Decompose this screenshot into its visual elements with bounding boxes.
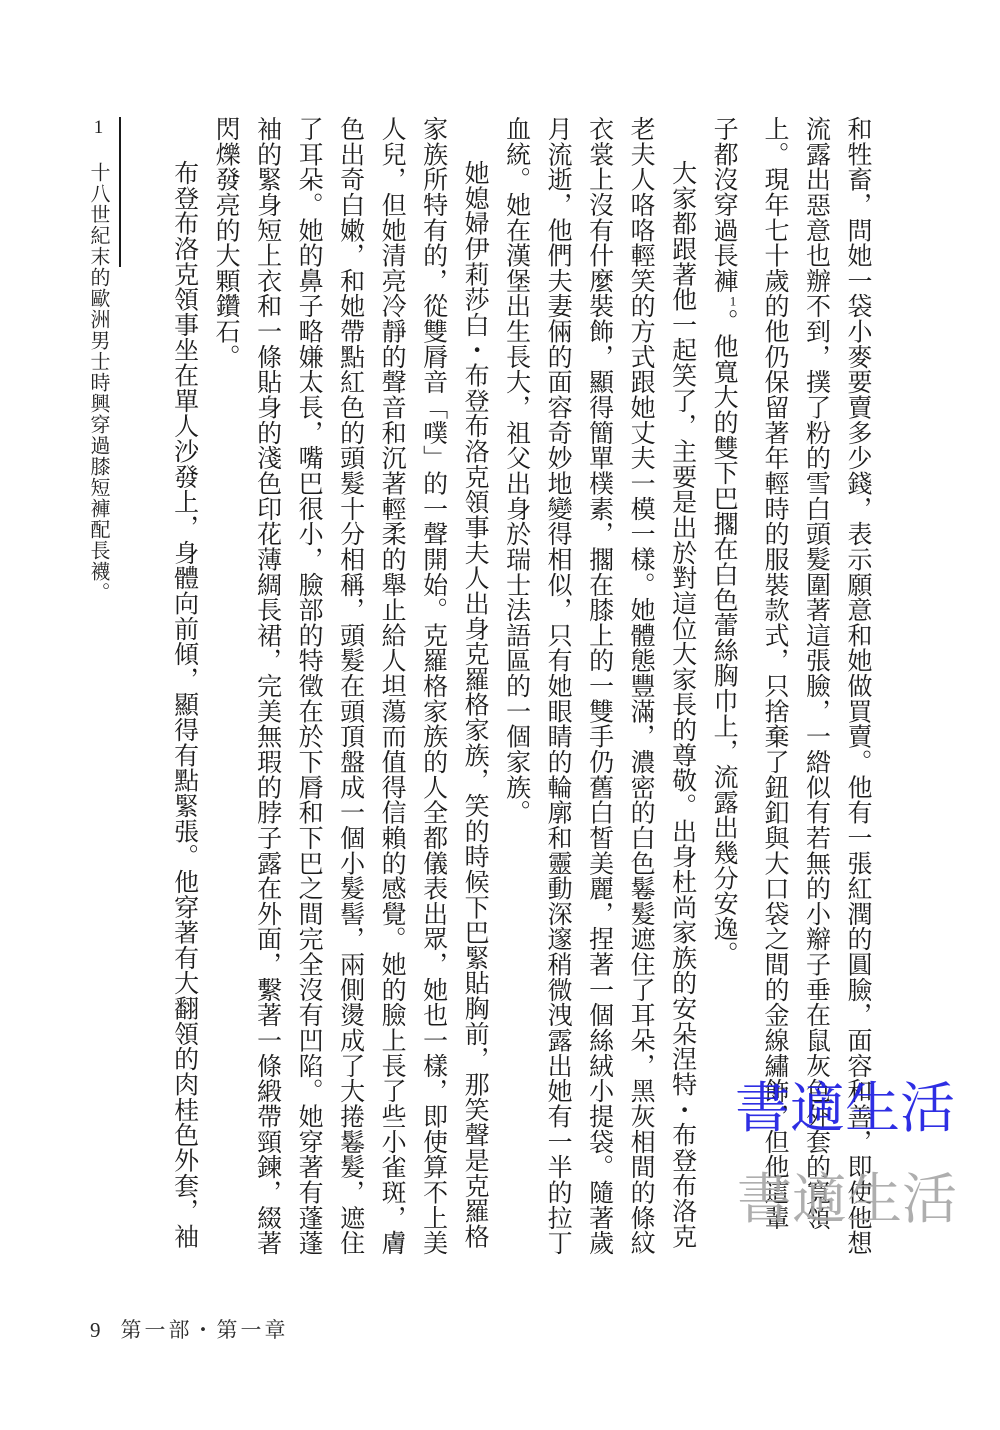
text-column: 老夫人咯咯輕笑的方式跟她丈夫一模一樣。她體態豐滿，濃密的白色鬈髮遮住了耳朵，黑灰…	[620, 116, 662, 1256]
text-segment: 。他寬大的雙下巴擱在白色蕾絲胸巾上，流露出幾分安逸。	[710, 308, 737, 966]
footnote-ref: 1	[726, 293, 741, 308]
page-footer: 9第一部・第一章	[90, 1314, 289, 1344]
text-column: 流露出惡意也辦不到，撲了粉的雪白頭髮圍著這張臉，一綹似有若無的小辮子垂在鼠灰色外…	[795, 116, 837, 1256]
page-number: 9	[90, 1318, 101, 1342]
text-column: 袖的緊身短上衣和一條貼身的淺色印花薄綢長裙，完美無瑕的脖子露在外面，繫著一條緞帶…	[246, 116, 288, 1256]
body-text: 和牲畜，問她一袋小麥要賣多少錢，表示願意和她做買賣。他有一張紅潤的圓臉，面容和善…	[163, 116, 878, 1256]
text-column: 人兒，但她清亮冷靜的聲音和沉著輕柔的舉止給人坦蕩而值得信賴的感覺。她的臉上長了些…	[371, 116, 413, 1256]
book-page: 和牲畜，問她一袋小麥要賣多少錢，表示願意和她做買賣。他有一張紅潤的圓臉，面容和善…	[0, 0, 1000, 1430]
footnote-text: 十八世紀末的歐洲男士時興穿過膝短褲配長襪。	[87, 162, 109, 603]
text-column: 和牲畜，問她一袋小麥要賣多少錢，表示願意和她做買賣。他有一張紅潤的圓臉，面容和善…	[837, 116, 879, 1256]
text-column: 了耳朵。她的鼻子略嫌太長，嘴巴很小，臉部的特徵在於下脣和下巴之間完全沒有凹陷。她…	[288, 116, 330, 1256]
text-column: 上。現年七十歲的他仍保留著年輕時的服裝款式，只捨棄了鈕釦與大口袋之間的金線繡飾，…	[754, 116, 796, 1256]
text-segment: 子都沒穿過長褲	[710, 116, 737, 293]
footnote: 1十八世紀末的歐洲男士時興穿過膝短褲配長襪。	[84, 117, 113, 1257]
text-column: 家族所特有的，從雙脣音「噗」的一聲開始。克羅格家族的人全都儀表出眾，她也一樣，即…	[412, 116, 454, 1256]
text-column: 大家都跟著他一起笑了，主要是出於對這位大家長的尊敬。出身杜尚家族的安朵涅特・布登…	[661, 116, 703, 1256]
text-column: 布登布洛克領事坐在單人沙發上，身體向前傾，顯得有點緊張。他穿著有大翻領的肉桂色外…	[163, 116, 205, 1256]
text-column: 她媳婦伊莉莎白・布登布洛克領事夫人出身克羅格家族，笑的時候下巴緊貼胸前，那笑聲是…	[454, 116, 496, 1256]
text-column: 子都沒穿過長褲1。他寬大的雙下巴擱在白色蕾絲胸巾上，流露出幾分安逸。	[703, 116, 754, 1256]
text-column: 血統。她在漢堡出生長大，祖父出身於瑞士法語區的一個家族。	[495, 116, 537, 1256]
text-column: 月流逝，他們夫妻倆的面容奇妙地變得相似，只有她眼睛的輪廓和靈動深邃稍微洩露出她有…	[537, 116, 579, 1256]
section-title: 第一部・第一章	[121, 1318, 289, 1342]
text-column: 閃爍發亮的大顆鑽石。	[205, 116, 247, 1256]
text-column: 衣裳上沒有什麼裝飾，顯得簡單樸素，擱在膝上的一雙手仍舊白皙美麗，捏著一個絲絨小提…	[578, 116, 620, 1256]
text-column: 色出奇白嫩，和她帶點紅色的頭髮十分相稱，頭髮在頭頂盤成一個小髮髻，兩側燙成了大捲…	[329, 116, 371, 1256]
footnote-rule	[119, 117, 121, 267]
footnote-marker: 1	[87, 117, 109, 138]
